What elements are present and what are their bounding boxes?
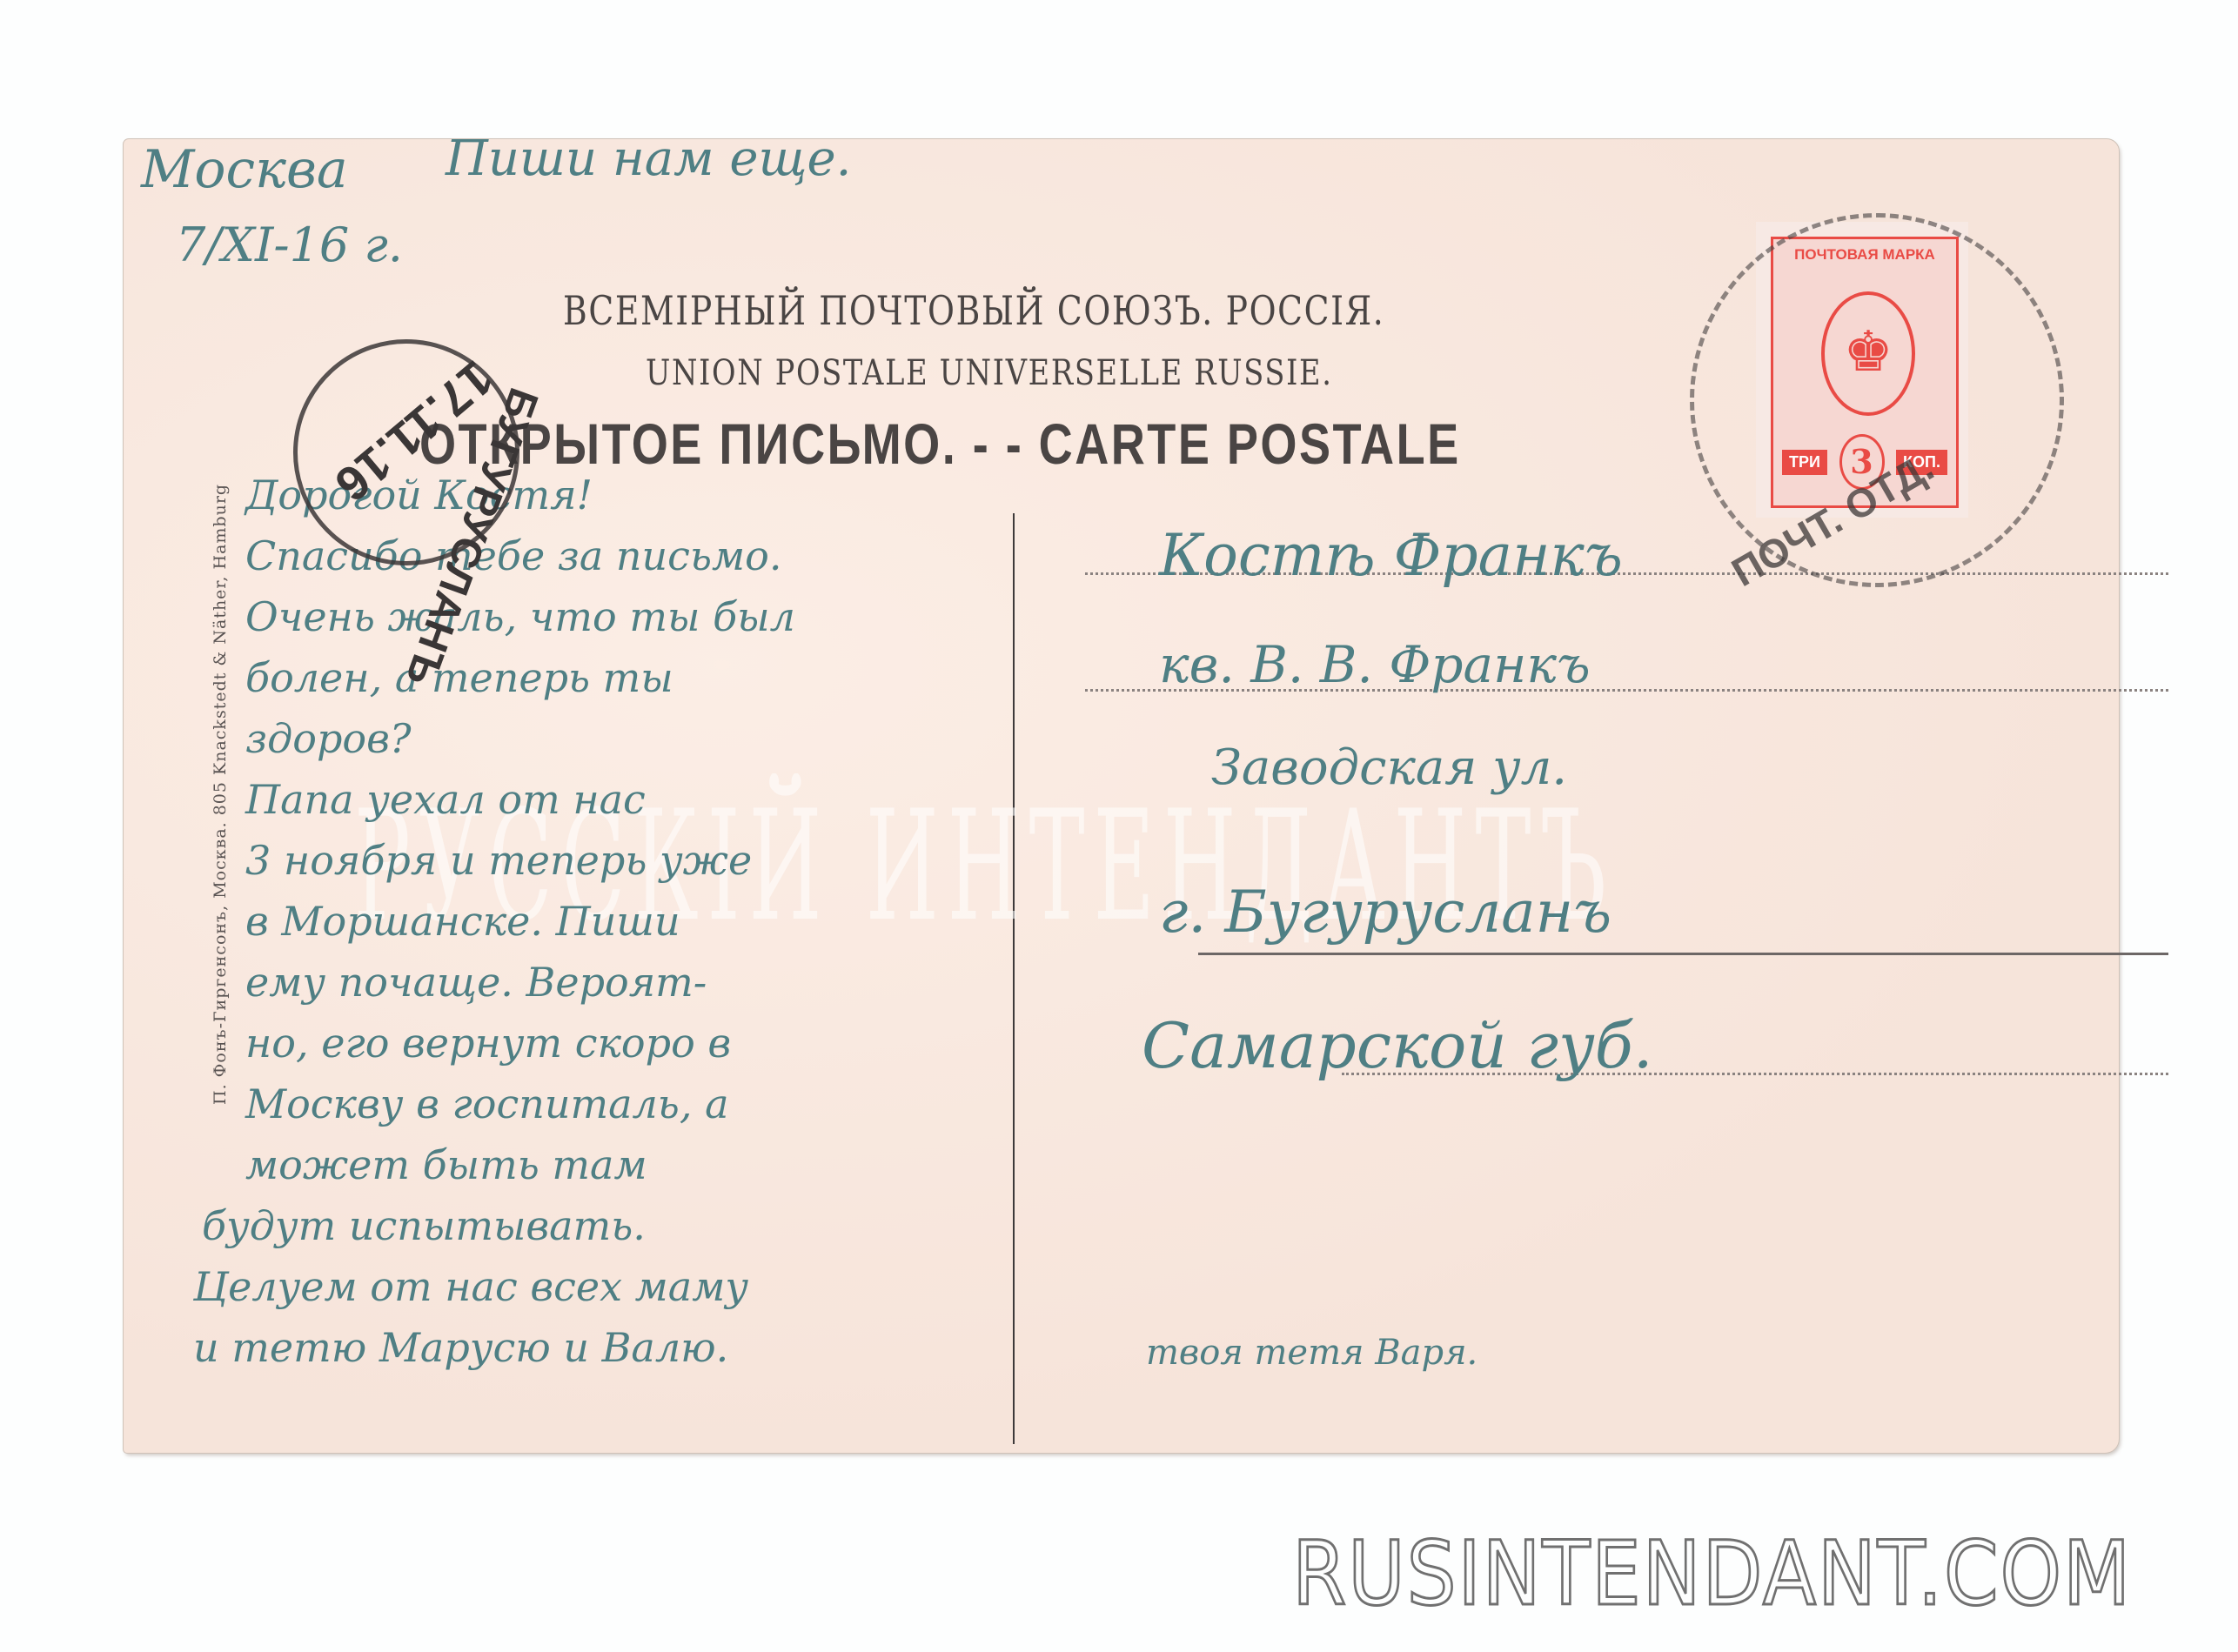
message-line: в Моршанске. Пиши <box>245 898 680 945</box>
site-brand-logo: RUSINTENDANT.COM <box>1292 1522 2132 1626</box>
printed-header-carte-postale: ОТКРЫТОЕ ПИСЬМО. - - CARTE POSTALE <box>419 411 1461 477</box>
message-line: Москву в госпиталь, а <box>245 1080 729 1127</box>
message-line: здоров? <box>245 715 412 762</box>
address-province: Самарской губ. <box>1142 1009 1653 1082</box>
publisher-imprint: П. Фонъ-Гиргенсонъ, Москва. 805 Knackste… <box>211 484 230 1105</box>
message-line: ему почаще. Вероят- <box>245 959 707 1006</box>
postmark-text: ПОЧТ. ОТД. <box>1724 443 1941 596</box>
handwritten-date: 7/XI-16 г. <box>176 217 403 272</box>
message-line: Спасибо тебе за письмо. <box>245 532 781 579</box>
address-care-of: кв. В. В. Франкъ <box>1159 635 1591 694</box>
message-line: болен, а теперь ты <box>245 654 673 701</box>
address-recipient: Костѣ Франкъ <box>1159 522 1623 589</box>
postmark-departure: ПОЧТ. ОТД. <box>1690 213 2064 587</box>
message-line: может быть там <box>245 1141 647 1188</box>
message-line: 3 ноября и теперь уже <box>245 837 752 884</box>
message-line: но, его вернут скоро в <box>245 1020 731 1067</box>
message-address-divider <box>1013 513 1015 1444</box>
message-line: и тетю Марусю и Валю. <box>193 1324 728 1371</box>
message-line: Целуем от нас всех маму <box>193 1263 748 1310</box>
message-line: будут испытывать. <box>202 1202 646 1249</box>
printed-header-french: UNION POSTALE UNIVERSELLE RUSSIE. <box>646 353 1333 393</box>
address-town: г. Бугурусланъ <box>1159 879 1611 946</box>
message-line: Папа уехал от нас <box>245 776 646 823</box>
printed-header-upu: ВСЕМІРНЫЙ ПОЧТОВЫЙ СОЮЗЪ. РОССІЯ. <box>563 287 1384 334</box>
handwritten-note: Пиши нам еще. <box>446 130 851 187</box>
handwritten-city: Москва <box>141 139 348 200</box>
postcard: ВСЕМІРНЫЙ ПОЧТОВЫЙ СОЮЗЪ. РОССІЯ. UNION … <box>124 139 2119 1453</box>
signature: твоя тетя Варя. <box>1146 1333 1477 1373</box>
address-street: Заводская ул. <box>1211 739 1567 796</box>
message-line: Очень жаль, что ты был <box>245 593 795 640</box>
